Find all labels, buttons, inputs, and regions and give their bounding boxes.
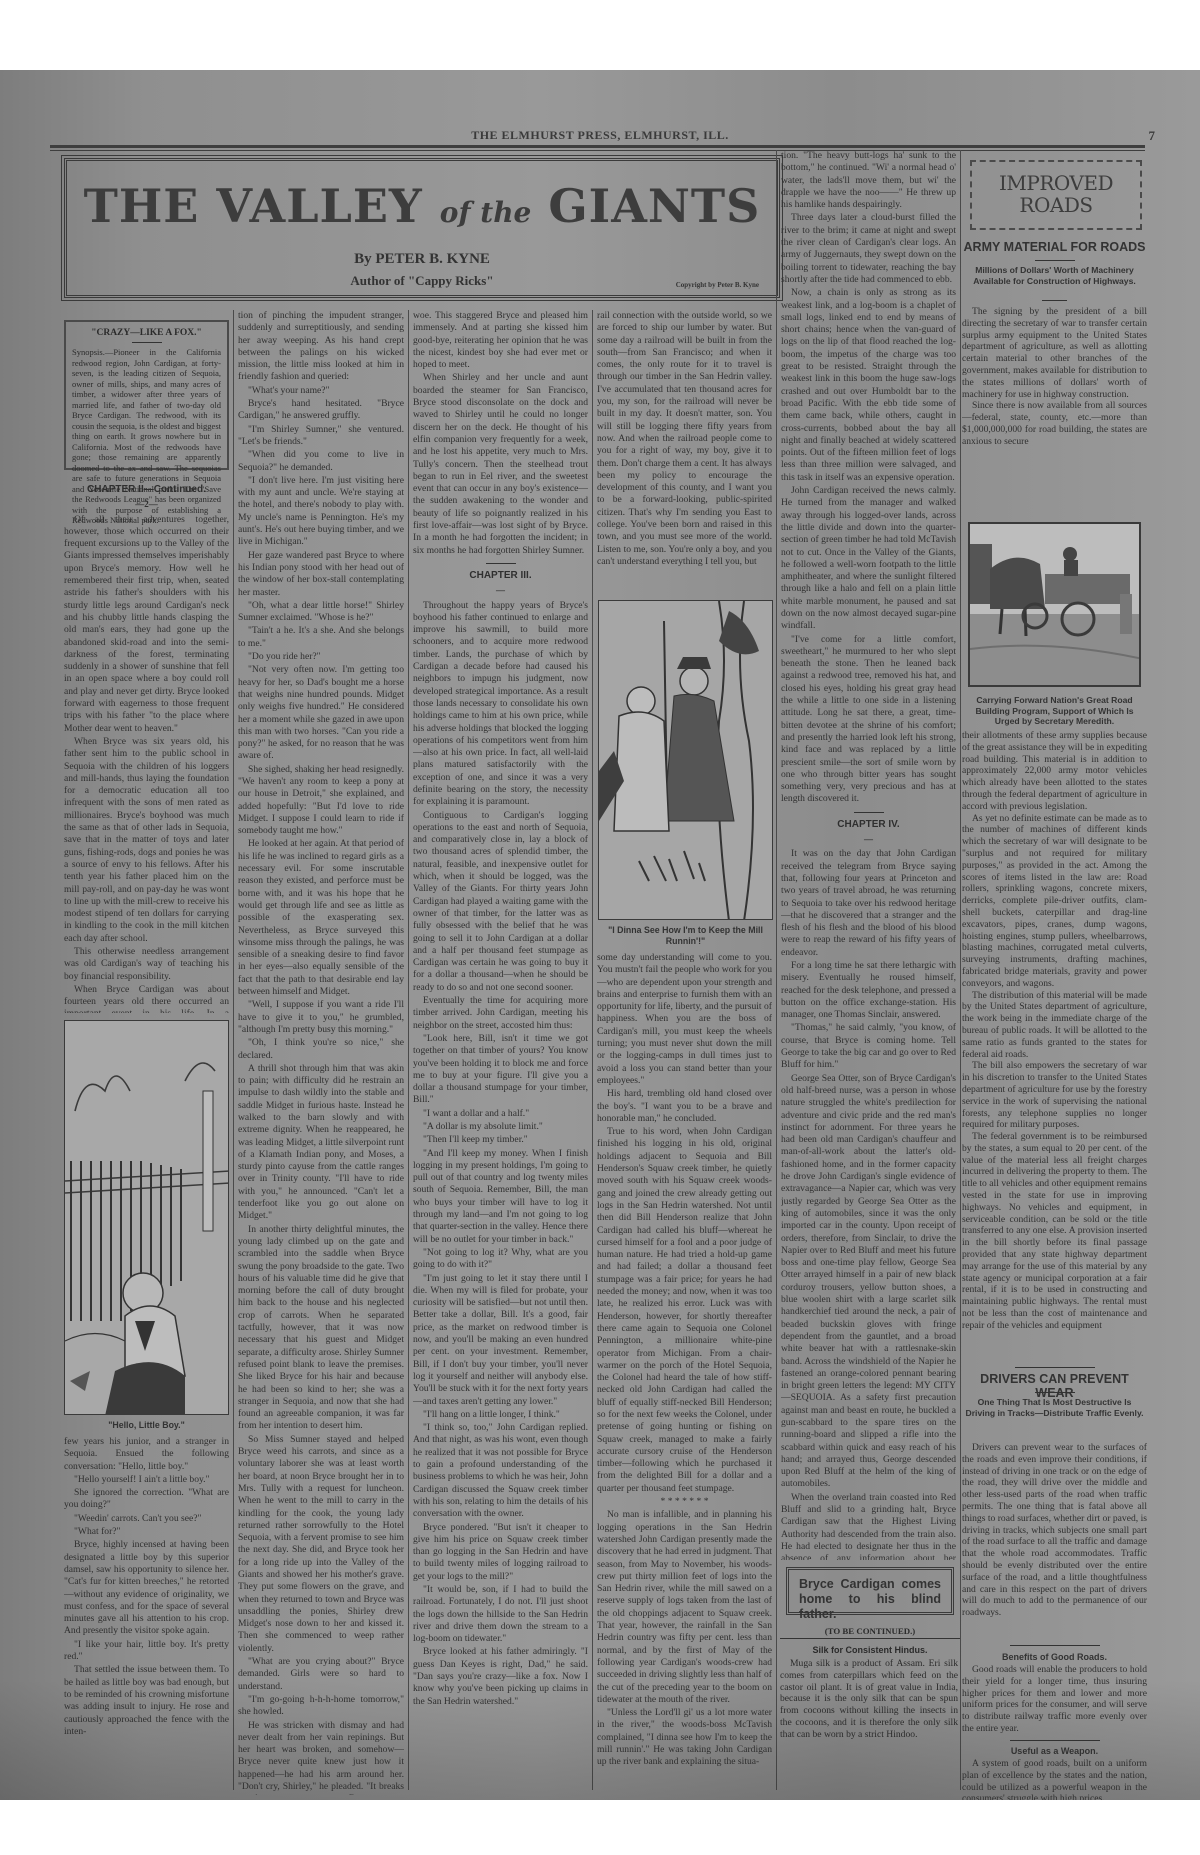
paragraph: The distribution of this material will b…	[962, 990, 1147, 1061]
paragraph: "Oh, what a dear little horse!" Shirley …	[238, 600, 404, 625]
column-5-text: tion. "The heavy butt-logs ha' sunk to t…	[781, 150, 956, 1560]
paragraph: Eventually the time for acquiring more t…	[413, 995, 588, 1032]
divider	[1042, 300, 1067, 301]
title-part-2: of the	[440, 196, 532, 229]
author-credit: Author of "Cappy Ricks"	[67, 273, 777, 289]
section-title-line-2: ROADS	[972, 194, 1140, 216]
chapter-heading: CHAPTER III.	[413, 570, 588, 582]
next-installment-teaser: Bryce Cardigan comes home to his blind f…	[786, 1567, 954, 1615]
paragraph: "Do you ride her?"	[238, 651, 404, 663]
paragraph: Of all their adventures together, howeve…	[64, 514, 229, 735]
article-headline: Benefits of Good Roads.	[962, 1652, 1147, 1663]
paragraph: Since there is now available from all so…	[962, 400, 1147, 447]
column-2-text: tion of pinching the impudent stranger, …	[238, 310, 404, 1795]
newspaper-page: THE ELMHURST PRESS, ELMHURST, ILL. 7 THE…	[0, 70, 1200, 1800]
chapter-number: —	[413, 584, 588, 596]
column-4-top-text: rail connection with the outside world, …	[597, 310, 772, 650]
divider	[1035, 260, 1075, 261]
paragraph: Contiguous to Cardigan's logging operati…	[413, 810, 588, 994]
synopsis-title: "CRAZY—LIKE A FOX."	[72, 328, 221, 338]
filler-headline: Silk for Consistent Hindus.	[780, 1645, 960, 1655]
paragraph: "Look here, Bill, isn't it time we got t…	[413, 1033, 588, 1107]
divider	[1015, 1367, 1095, 1368]
mill-men-drawing	[599, 601, 773, 920]
paragraph: their allotments of these army supplies …	[962, 730, 1147, 813]
page-number: 7	[1149, 128, 1156, 144]
divider	[854, 812, 884, 813]
column-4-continued: some day understanding will come to you.…	[597, 952, 772, 1797]
column-rule	[960, 150, 961, 1790]
copyright-notice: Copyright by Peter B. Kyne	[676, 281, 759, 289]
paragraph: Now, a chain is only as strong as its we…	[781, 287, 956, 484]
paragraph: "I want a dollar and a half."	[413, 1108, 588, 1120]
article-body: Good roads will enable the producers to …	[962, 1664, 1147, 1735]
paragraph: John Cardigan received the news calmly. …	[781, 485, 956, 633]
article-headline: DRIVERS CAN PREVENT WEAR	[962, 1372, 1147, 1400]
paragraph: His hard, trembling old hand closed over…	[597, 1088, 772, 1125]
illustration-mill-men	[598, 600, 773, 920]
divider	[1035, 1392, 1075, 1393]
paragraph: For a long time he sat there lethargic w…	[781, 960, 956, 1021]
paragraph: Bryce looked at his father admiringly. "…	[413, 1646, 588, 1707]
road-building-photo	[968, 522, 1141, 687]
paragraph: "Tain't a he. It's a she. And she belong…	[238, 625, 404, 650]
paragraph: "I'm go-going h-h-h-home tomorrow," she …	[238, 1694, 404, 1719]
paragraph: The signing by the president of a bill d…	[962, 306, 1147, 400]
paragraph: He looked at her again. At that period o…	[238, 838, 404, 998]
paragraph: "Oh, I think you're so nice," she declar…	[238, 1037, 404, 1062]
illustration-boy-garden	[64, 1020, 229, 1415]
paragraph: Bryce, highly incensed at having been de…	[64, 1539, 229, 1637]
paragraph: some day understanding will come to you.…	[597, 952, 772, 1087]
article-headline: Useful as a Weapon.	[962, 1746, 1147, 1757]
paragraph: No man is infallible, and in planning hi…	[597, 1509, 772, 1706]
article-body: A system of good roads, built on a unifo…	[962, 1758, 1147, 1800]
chapter-heading: CHAPTER IV.	[781, 819, 956, 831]
boy-garden-drawing	[65, 1021, 229, 1415]
paragraph: Drivers can prevent wear to the surfaces…	[962, 1442, 1147, 1619]
column-rule	[776, 150, 777, 1790]
paragraph: When Bryce Cardigan was about fourteen y…	[64, 984, 229, 1013]
paragraph: It was on the day that John Cardigan rec…	[781, 848, 956, 959]
article-subhead: Millions of Dollars' Worth of Machinery …	[962, 265, 1147, 286]
paragraph: "What are you crying about?" Bryce deman…	[238, 1656, 404, 1693]
paragraph: That settled the issue between them. To …	[64, 1664, 229, 1738]
paragraph: The bill also empowers the secretary of …	[962, 1060, 1147, 1131]
paragraph: "A dollar is my absolute limit."	[413, 1121, 588, 1133]
paragraph: "When did you come to live in Sequoia?" …	[238, 449, 404, 474]
paragraph: He was stricken with dismay and had neve…	[238, 1720, 404, 1795]
section-title-line-1: IMPROVED	[972, 172, 1140, 194]
paragraph: So Miss Sumner stayed and helped Bryce w…	[238, 1434, 404, 1655]
paragraph: Throughout the happy years of Bryce's bo…	[413, 600, 588, 809]
column-rule	[592, 310, 593, 1790]
paragraph: "Then I'll keep my timber."	[413, 1134, 588, 1146]
serial-title: THE VALLEY of the GIANTS	[67, 183, 777, 229]
paragraph: When the overland train coasted into Red…	[781, 1492, 956, 1560]
paragraph: tion. "The heavy butt-logs ha' sunk to t…	[781, 150, 956, 211]
paragraph: "What's your name?"	[238, 385, 404, 397]
chapter-heading: CHAPTER II—Continued.	[64, 484, 229, 496]
column-3-text: woe. This staggered Bryce and pleased hi…	[413, 310, 588, 1795]
paragraph: As yet no definite estimate can be made …	[962, 813, 1147, 990]
paragraph: A thrill shot through him that was akin …	[238, 1063, 404, 1223]
paragraph: "I'll hang on a little longer, I think."	[413, 1409, 588, 1421]
column-rule	[408, 310, 409, 1790]
divider	[132, 342, 162, 343]
header-rule-thin	[50, 150, 1145, 151]
paragraph: The federal government is to be reimburs…	[962, 1131, 1147, 1332]
photo-caption: Carrying Forward Nation's Great Road Bui…	[962, 695, 1147, 727]
paragraph: "And I'll keep my money. When I finish l…	[413, 1148, 588, 1246]
article-body-bottom: their allotments of these army supplies …	[962, 730, 1147, 1365]
chapter-number: —	[781, 833, 956, 845]
paragraph: "I like your hair, little boy. It's pret…	[64, 1639, 229, 1664]
chapter-number: —2—	[64, 498, 229, 510]
illustration-caption: "I Dinna See How I'm to Keep the Mill Ru…	[598, 925, 773, 947]
divider	[1010, 1740, 1100, 1741]
paragraph: She ignored the correction. "What are yo…	[64, 1487, 229, 1512]
article-body-top: The signing by the president of a bill d…	[962, 306, 1147, 516]
column-rule	[233, 310, 234, 1790]
paragraph: Bryce pondered. "But isn't it cheaper to…	[413, 1522, 588, 1583]
byline: By PETER B. KYNE	[67, 251, 777, 268]
header-rule	[50, 145, 1145, 148]
column-1-text: CHAPTER II—Continued. —2— Of all their a…	[64, 478, 229, 1013]
paragraph: Her gaze wandered past Bryce to where hi…	[238, 550, 404, 599]
paragraph: "Not going to log it? Why, what are you …	[413, 1247, 588, 1272]
asterisk-separator: * * * * * * *	[597, 1496, 772, 1508]
paragraph: "Weedin' carrots. Can't you see?"	[64, 1513, 229, 1525]
paragraph: few years his junior, and a stranger in …	[64, 1436, 229, 1473]
paragraph: Good roads will enable the producers to …	[962, 1664, 1147, 1735]
to-be-continued: (TO BE CONTINUED.)	[780, 1626, 960, 1639]
paragraph: "I think so, too," John Cardigan replied…	[413, 1422, 588, 1520]
paragraph: "Well, I suppose if you want a ride I'll…	[238, 999, 404, 1036]
paragraph: "Not very often now. I'm getting too hea…	[238, 664, 404, 762]
paragraph: "I've come for a little comfort, sweethe…	[781, 634, 956, 806]
horse-wagon-image	[970, 524, 1141, 687]
paragraph: tion of pinching the impudent stranger, …	[238, 310, 404, 384]
divider	[486, 563, 516, 564]
paragraph: Three days later a cloud-burst filled th…	[781, 212, 956, 286]
paragraph: In another thirty delightful minutes, th…	[238, 1224, 404, 1433]
paragraph: woe. This staggered Bryce and pleased hi…	[413, 310, 588, 371]
paragraph: rail connection with the outside world, …	[597, 310, 772, 568]
paragraph: A system of good roads, built on a unifo…	[962, 1758, 1147, 1800]
column-1-continued: few years his junior, and a stranger in …	[64, 1436, 229, 1796]
paragraph: "It would be, son, if I had to build the…	[413, 1584, 588, 1645]
paragraph: "I'm Shirley Sumner," she ventured. "Let…	[238, 424, 404, 449]
paragraph: "I don't live here. I'm just visiting he…	[238, 475, 404, 549]
paragraph: She sighed, shaking her head resignedly.…	[238, 764, 404, 838]
running-head: THE ELMHURST PRESS, ELMHURST, ILL.	[0, 128, 1200, 143]
paragraph: Muga silk is a product of Assam. Eri sil…	[780, 1658, 958, 1741]
paragraph: This otherwise needless arrangement was …	[64, 946, 229, 983]
paragraph: "What for?"	[64, 1526, 229, 1538]
paragraph: When Bryce was six years old, his father…	[64, 736, 229, 945]
article-subhead: One Thing That Is Most Destructive Is Dr…	[962, 1397, 1147, 1418]
paragraph: When Shirley and her uncle and aunt boar…	[413, 372, 588, 556]
paragraph: Bryce's hand hesitated. "Bryce Cardigan,…	[238, 398, 404, 423]
paragraph: "Thomas," he said calmly, "you know, of …	[781, 1022, 956, 1071]
article-body: Drivers can prevent wear to the surfaces…	[962, 1442, 1147, 1642]
paragraph: "Unless the Lord'll gi' us a lot more wa…	[597, 1707, 772, 1768]
divider	[1010, 1645, 1100, 1646]
paragraph: True to his word, when John Cardigan fin…	[597, 1126, 772, 1495]
serial-title-box: THE VALLEY of the GIANTS By PETER B. KYN…	[64, 158, 780, 298]
article-headline: ARMY MATERIAL FOR ROADS	[962, 240, 1147, 254]
paragraph: "Hello yourself! I ain't a little boy."	[64, 1474, 229, 1486]
synopsis-box: "CRAZY—LIKE A FOX." Synopsis.—Pioneer in…	[64, 320, 229, 470]
paragraph: George Sea Otter, son of Bryce Cardigan'…	[781, 1073, 956, 1491]
paragraph: "I'm just going to let it stay there unt…	[413, 1273, 588, 1408]
improved-roads-section-box: IMPROVED ROADS	[970, 160, 1142, 230]
filler-text: Muga silk is a product of Assam. Eri sil…	[780, 1658, 958, 1741]
title-part-1: THE VALLEY	[84, 179, 423, 233]
title-part-3: GIANTS	[548, 179, 760, 233]
illustration-caption: "Hello, Little Boy."	[64, 1420, 229, 1431]
